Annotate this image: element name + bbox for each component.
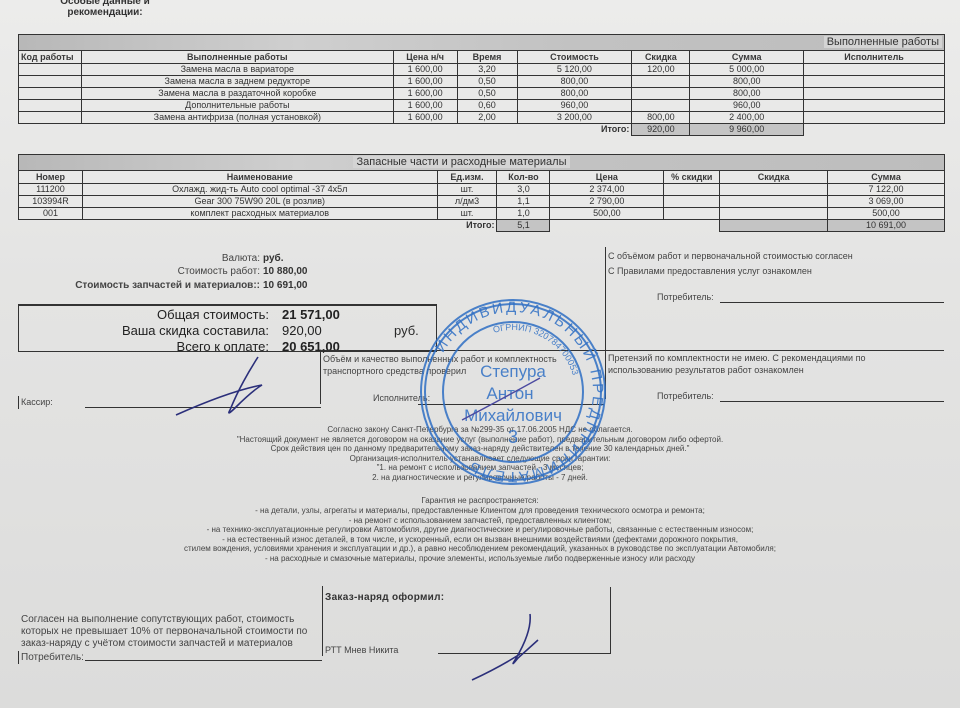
- special-notes-label: Особые данные и рекомендации:: [60, 0, 150, 18]
- column-header: Кол-во: [497, 171, 550, 184]
- warranty-line: - на естественный износ деталей, в том ч…: [150, 535, 810, 545]
- cell-qty: 1,0: [497, 208, 550, 220]
- cell-sum: 800,00: [690, 76, 804, 88]
- cell-time: 0,50: [457, 88, 517, 100]
- cell-number: 111200: [19, 184, 83, 196]
- cell-sum: 960,00: [690, 100, 804, 112]
- discount-value: 920,00: [282, 323, 322, 338]
- checked-text-1: Объём и качество выполненных работ и ком…: [323, 354, 557, 364]
- table-row: 001комплект расходных материаловшт.1,050…: [19, 208, 945, 220]
- currency-label: Валюта:: [60, 253, 260, 264]
- cell-code: [19, 100, 82, 112]
- no-claims-text: Претензий по комплектности не имею. С ре…: [608, 353, 865, 363]
- column-header: % скидки: [664, 171, 720, 184]
- total-cost-value: 21 571,00: [282, 307, 340, 322]
- cell-cost: 800,00: [517, 76, 632, 88]
- divider: [18, 651, 19, 664]
- parts-table: Запасные части и расходные материалы Ном…: [18, 154, 945, 232]
- total-qty: 5,1: [497, 220, 550, 232]
- no-claims-text-2: использованию результатов работ ознакомл…: [608, 365, 804, 375]
- cashier-signature-icon: [170, 355, 280, 420]
- cell-sum: 800,00: [690, 88, 804, 100]
- total-discount: [720, 220, 828, 232]
- cell-cost: 800,00: [517, 88, 632, 100]
- to-pay-label: Всего к оплате:: [19, 339, 269, 354]
- executor-label: Исполнитель:: [373, 393, 430, 403]
- divider: [610, 587, 611, 654]
- cell-pct: [664, 184, 720, 196]
- parts-cost-value: 10 691,00: [263, 280, 308, 291]
- cashier-label: Кассир:: [21, 397, 53, 407]
- executor-signature-icon: [460, 370, 560, 430]
- cell-name: комплект расходных материалов: [82, 208, 437, 220]
- divider: [18, 396, 19, 409]
- legal-line: 2. на диагностические и регулировочные р…: [150, 473, 810, 483]
- parts-cost-label: Стоимость запчастей и материалов::: [20, 280, 260, 291]
- spacer: [19, 124, 518, 136]
- cell-discount: 800,00: [632, 112, 690, 124]
- spacer: [19, 220, 438, 232]
- legal-line: Согласно закону Санкт-Петербурга за №299…: [150, 425, 810, 435]
- column-header: Сумма: [690, 51, 804, 64]
- legal-line: "1. на ремонт с использованием запчастей…: [150, 463, 810, 473]
- consumer-label-1: Потребитель:: [657, 292, 714, 302]
- cashier-signature-line[interactable]: [85, 407, 321, 408]
- cell-sum: 5 000,00: [690, 64, 804, 76]
- cell-cost: 3 200,00: [517, 112, 632, 124]
- cell-unit: шт.: [437, 184, 497, 196]
- table-row: Замена масла в раздаточной коробке1 600,…: [19, 88, 945, 100]
- cell-name: Замена антифриза (полная установкой): [81, 112, 393, 124]
- issuer-signature-line[interactable]: [438, 653, 611, 654]
- cell-price: 2 790,00: [550, 196, 664, 208]
- cell-discount: [720, 196, 828, 208]
- to-pay-value: 20 651,00: [282, 339, 340, 354]
- divider: [322, 586, 323, 656]
- cell-discount: [632, 100, 690, 112]
- cell-code: [19, 64, 82, 76]
- svg-text:Степура: Степура: [480, 362, 546, 381]
- cell-name: Замена масла в вариаторе: [81, 64, 393, 76]
- consumer-signature-line-2[interactable]: [720, 401, 944, 402]
- cell-discount: [720, 184, 828, 196]
- column-header: Код работы: [19, 51, 82, 64]
- cell-executor: [804, 112, 945, 124]
- extra-work-text-2: которых не превышает 10% от первоначальн…: [21, 626, 307, 637]
- legal-line: "Настоящий документ не является договоро…: [150, 435, 810, 445]
- cell-sum: 2 400,00: [690, 112, 804, 124]
- currency-value: руб.: [263, 253, 284, 264]
- footer-consumer-signature-line[interactable]: [85, 660, 322, 661]
- divider: [320, 350, 944, 351]
- totals-box: Общая стоимость: 21 571,00 Ваша скидка с…: [18, 304, 437, 352]
- cell-qty: 1,1: [497, 196, 550, 208]
- parts-table-title: Запасные части и расходные материалы: [19, 155, 945, 171]
- cell-qty: 3,0: [497, 184, 550, 196]
- consumer-signature-line-1[interactable]: [720, 302, 944, 303]
- cell-name: Охлажд. жид-ть Auto cool optimal -37 4х5…: [82, 184, 437, 196]
- column-header: Выполненные работы: [81, 51, 393, 64]
- cell-sum: 500,00: [828, 208, 945, 220]
- column-header: Номер: [19, 171, 83, 184]
- agree-scope-text: С объёмом работ и первоначальной стоимос…: [608, 251, 853, 261]
- legal-notice: Согласно закону Санкт-Петербурга за №299…: [150, 425, 810, 483]
- issuer-signature-icon: [470, 612, 550, 687]
- cell-price: 500,00: [550, 208, 664, 220]
- cell-rate: 1 600,00: [393, 76, 457, 88]
- cell-time: 2,00: [457, 112, 517, 124]
- table-row: Дополнительные работы1 600,000,60960,009…: [19, 100, 945, 112]
- cell-sum: 7 122,00: [828, 184, 945, 196]
- cell-unit: л/дм3: [437, 196, 497, 208]
- cell-price: 2 374,00: [550, 184, 664, 196]
- total-discount: 920,00: [632, 124, 690, 136]
- cell-code: [19, 112, 82, 124]
- cell-cost: 5 120,00: [517, 64, 632, 76]
- cell-pct: [664, 196, 720, 208]
- cell-time: 0,60: [457, 100, 517, 112]
- divider: [320, 352, 321, 404]
- currency-suffix: руб.: [394, 323, 419, 338]
- column-header: Исполнитель: [804, 51, 945, 64]
- warranty-line: - на расходные и смазочные материалы, пр…: [150, 554, 810, 564]
- cell-sum: 3 069,00: [828, 196, 945, 208]
- extra-work-text-3: заказ-наряду с учётом стоимости запчасте…: [21, 638, 293, 649]
- spacer: [550, 220, 720, 232]
- issued-label: Заказ-наряд оформил:: [325, 592, 444, 603]
- column-header: Скидка: [632, 51, 690, 64]
- cell-number: 103994R: [19, 196, 83, 208]
- divider: [605, 247, 606, 399]
- column-header: Наименование: [82, 171, 437, 184]
- parts-total-row: Итого:5,110 691,00: [19, 220, 945, 232]
- rules-ack-text: С Правилами предоставления услуг ознаком…: [608, 266, 812, 276]
- extra-work-text-1: Согласен на выполнение сопутствующих раб…: [21, 614, 294, 625]
- svg-text:Антон: Антон: [486, 384, 533, 403]
- cell-rate: 1 600,00: [393, 64, 457, 76]
- cell-name: Замена масла в раздаточной коробке: [81, 88, 393, 100]
- executor-signature-line[interactable]: [418, 404, 604, 405]
- cell-discount: [632, 88, 690, 100]
- cell-code: [19, 76, 82, 88]
- table-row: Замена антифриза (полная установкой)1 60…: [19, 112, 945, 124]
- total-sum: 10 691,00: [828, 220, 945, 232]
- cell-name: Gear 300 75W90 20L (в розлив): [82, 196, 437, 208]
- cell-discount: [632, 76, 690, 88]
- cell-executor: [804, 64, 945, 76]
- warranty-line: - на ремонт с использованием запчастей, …: [150, 516, 810, 526]
- column-header: Скидка: [720, 171, 828, 184]
- svg-text:Михайлович: Михайлович: [464, 406, 562, 425]
- table-row: Замена масла в заднем редукторе1 600,000…: [19, 76, 945, 88]
- cell-name: Замена масла в заднем редукторе: [81, 76, 393, 88]
- cell-pct: [664, 208, 720, 220]
- total-sum: 9 960,00: [690, 124, 804, 136]
- issued-by-name: РТТ Мнев Никита: [325, 645, 398, 655]
- column-header: Стоимость: [517, 51, 632, 64]
- warranty-title: Гарантия не распространяется:: [150, 496, 810, 506]
- cell-discount: [720, 208, 828, 220]
- warranty-exclusions: - на детали, узлы, агрегаты и материалы,…: [150, 506, 810, 564]
- footer-consumer-label: Потребитель:: [21, 652, 84, 663]
- cell-rate: 1 600,00: [393, 88, 457, 100]
- spacer: [804, 124, 945, 136]
- table-row: Замена масла в вариаторе1 600,003,205 12…: [19, 64, 945, 76]
- warranty-line: - на технико-эксплуатационные регулировк…: [150, 525, 810, 535]
- checked-text-2: транспортного средства проверил: [323, 366, 466, 376]
- consumer-label-2: Потребитель:: [657, 391, 714, 401]
- column-header: Ед.изм.: [437, 171, 497, 184]
- discount-label: Ваша скидка составила:: [19, 323, 269, 338]
- cell-discount: 120,00: [632, 64, 690, 76]
- warranty-line: - на детали, узлы, агрегаты и материалы,…: [150, 506, 810, 516]
- warranty-line: стилем вождения, условиями хранения и эк…: [150, 544, 810, 554]
- works-table: Выполненные работы Код работыВыполненные…: [18, 34, 945, 136]
- cell-code: [19, 88, 82, 100]
- works-total-row: Итого:920,009 960,00: [19, 124, 945, 136]
- cell-cost: 960,00: [517, 100, 632, 112]
- cell-number: 001: [19, 208, 83, 220]
- legal-line: Срок действия цен по данному предварител…: [150, 444, 810, 454]
- cell-rate: 1 600,00: [393, 100, 457, 112]
- work-order-document: Особые данные и рекомендации: Выполненны…: [0, 0, 960, 708]
- works-cost-label: Стоимость работ:: [60, 266, 260, 277]
- works-cost-value: 10 880,00: [263, 266, 308, 277]
- table-row: 103994RGear 300 75W90 20L (в розлив)л/дм…: [19, 196, 945, 208]
- works-table-title: Выполненные работы: [19, 35, 945, 51]
- table-row: 111200Охлажд. жид-ть Auto cool optimal -…: [19, 184, 945, 196]
- cell-name: Дополнительные работы: [81, 100, 393, 112]
- column-header: Время: [457, 51, 517, 64]
- cell-rate: 1 600,00: [393, 112, 457, 124]
- legal-line: Организация-исполнитель устанавливает сл…: [150, 454, 810, 464]
- cell-time: 0,50: [457, 76, 517, 88]
- total-cost-label: Общая стоимость:: [19, 307, 269, 322]
- cell-executor: [804, 88, 945, 100]
- cell-unit: шт.: [437, 208, 497, 220]
- cell-executor: [804, 76, 945, 88]
- total-label: Итого:: [517, 124, 632, 136]
- cell-time: 3,20: [457, 64, 517, 76]
- column-header: Цена: [550, 171, 664, 184]
- cell-executor: [804, 100, 945, 112]
- total-label: Итого:: [437, 220, 497, 232]
- column-header: Цена н/ч: [393, 51, 457, 64]
- column-header: Сумма: [828, 171, 945, 184]
